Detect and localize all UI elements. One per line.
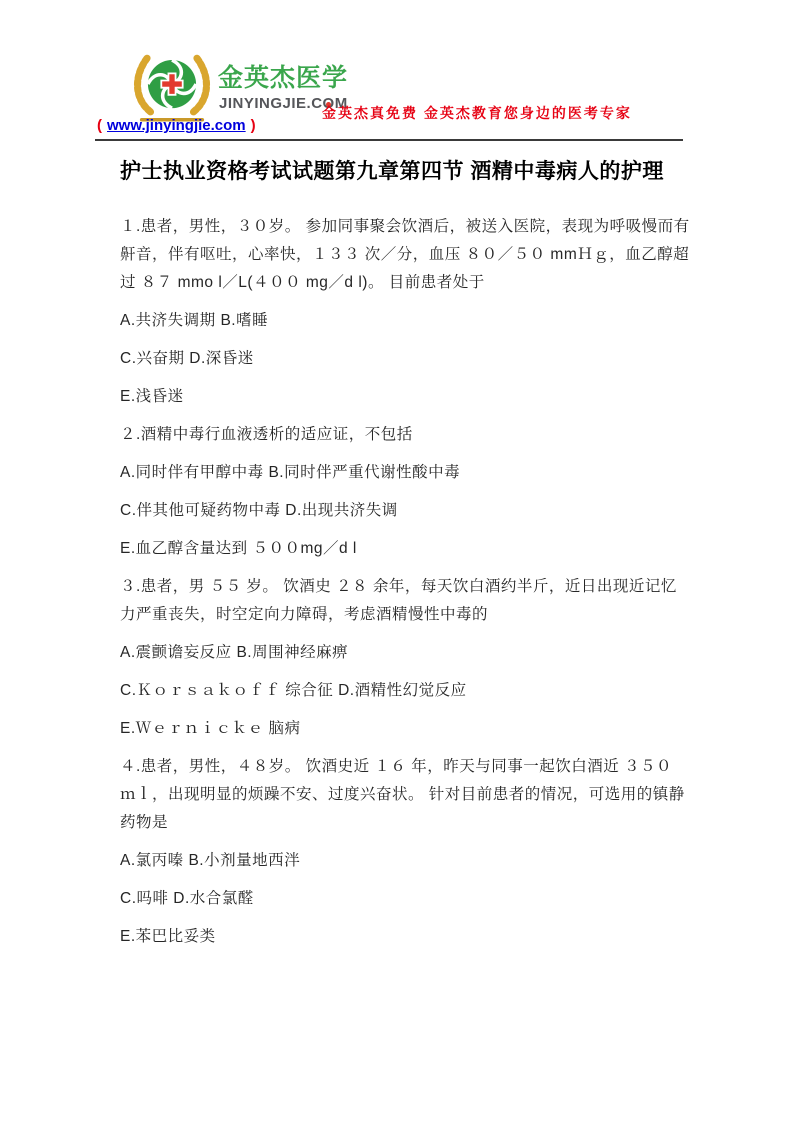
brand-domain-text: JINYINGJIE.C bbox=[219, 95, 323, 112]
question-4-option-e: E.苯巴比妥类 bbox=[120, 923, 690, 951]
question-1: １.患者，男性，３０岁。 参加同事聚会饮酒后，被送入医院，表现为呼吸慢而有鼾音，… bbox=[120, 213, 690, 411]
website-line: (www.jinyingjie.com) bbox=[97, 117, 256, 134]
question-1-options-cd: C.兴奋期 D.深昏迷 bbox=[120, 345, 690, 373]
paren-close: ) bbox=[251, 117, 256, 134]
header: 金英杰医学 JINYINGJIE.COM 金英杰真免费 金英杰教育您身边的医考专… bbox=[0, 0, 800, 141]
question-1-options-ab: A.共济失调期 B.嗜睡 bbox=[120, 307, 690, 335]
question-2-options-cd: C.伴其他可疑药物中毒 D.出现共济失调 bbox=[120, 497, 690, 525]
page: 金英杰医学 JINYINGJIE.COM 金英杰真免费 金英杰教育您身边的医考专… bbox=[0, 0, 800, 1132]
question-4-stem: ４.患者，男性，４８岁。 饮酒史近 １６ 年，昨天与同事一起饮白酒近 ３５０ ｍ… bbox=[120, 753, 690, 837]
question-4: ４.患者，男性，４８岁。 饮酒史近 １６ 年，昨天与同事一起饮白酒近 ３５０ ｍ… bbox=[120, 753, 690, 951]
paren-open: ( bbox=[97, 117, 102, 134]
header-divider bbox=[95, 139, 683, 141]
question-3: ３.患者，男 ５５ 岁。 饮酒史 ２８ 余年，每天饮白酒约半斤，近日出现近记忆力… bbox=[120, 573, 690, 743]
brand-name: 金英杰医学 bbox=[218, 58, 348, 94]
question-4-options-ab: A.氯丙嗪 B.小剂量地西泮 bbox=[120, 847, 690, 875]
question-1-option-e: E.浅昏迷 bbox=[120, 383, 690, 411]
page-title: 护士执业资格考试试题第九章第四节 酒精中毒病人的护理 bbox=[120, 157, 690, 187]
question-4-options-cd: C.吗啡 D.水合氯醛 bbox=[120, 885, 690, 913]
question-2: ２.酒精中毒行血液透析的适应证，不包括 A.同时伴有甲醇中毒 B.同时伴严重代谢… bbox=[120, 421, 690, 563]
question-3-option-e: E.Ｗｅｒｎｉｃｋｅ 脑病 bbox=[120, 715, 690, 743]
question-3-options-cd: C.Ｋｏｒｓａｋｏｆｆ 综合征 D.酒精性幻觉反应 bbox=[120, 677, 690, 705]
document-body: 护士执业资格考试试题第九章第四节 酒精中毒病人的护理 １.患者，男性，３０岁。 … bbox=[0, 141, 800, 951]
question-3-options-ab: A.震颤谵妄反应 B.周围神经麻痹 bbox=[120, 639, 690, 667]
question-2-options-ab: A.同时伴有甲醇中毒 B.同时伴严重代谢性酸中毒 bbox=[120, 459, 690, 487]
question-1-stem: １.患者，男性，３０岁。 参加同事聚会饮酒后，被送入医院，表现为呼吸慢而有鼾音，… bbox=[120, 213, 690, 297]
question-2-option-e: E.血乙醇含量达到 ５００mg／d l bbox=[120, 535, 690, 563]
brand-logo-icon bbox=[126, 44, 218, 126]
question-3-stem: ３.患者，男 ５５ 岁。 饮酒史 ２８ 余年，每天饮白酒约半斤，近日出现近记忆力… bbox=[120, 573, 690, 629]
brand-tagline: 金英杰真免费 金英杰教育您身边的医考专家 bbox=[322, 103, 632, 123]
website-link[interactable]: www.jinyingjie.com bbox=[107, 117, 246, 134]
question-2-stem: ２.酒精中毒行血液透析的适应证，不包括 bbox=[120, 421, 690, 449]
